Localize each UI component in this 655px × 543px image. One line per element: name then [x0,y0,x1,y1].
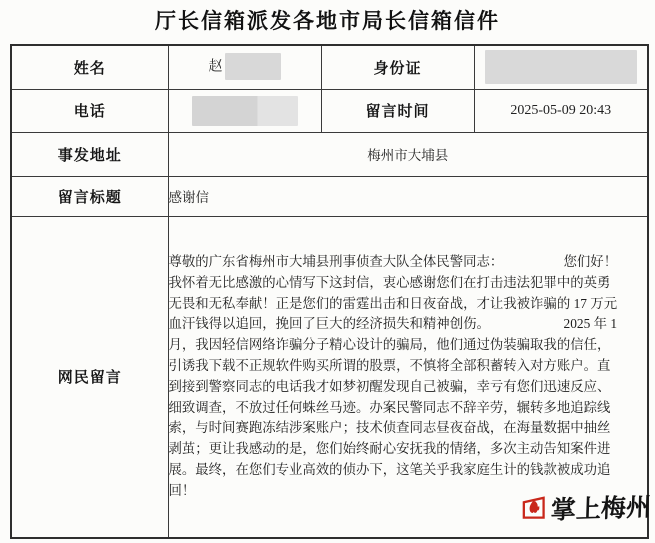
table-row: 事发地址 梅州市大埔县 [11,132,648,176]
page-title: 厅长信箱派发各地市局长信箱信件 [0,5,655,35]
netizen-message-label: 网民留言 [11,216,168,538]
message-line: 无畏和无私奉献！正是您们的雷霆出击和日夜奋战，才让我被诈骗的 17 万元 [169,294,648,315]
message-line: 血汗钱得以追回，挽回了巨大的经济损失和精神创伤。 2025 年 1 [169,314,648,335]
phone-label: 电话 [11,89,168,132]
redaction-block-phone [192,96,298,126]
redaction-block-name [225,53,281,80]
message-line: 细致调查，不放过任何蛛丝马迹。办案民警同志不辞辛劳，辗转多地追踪线 [169,398,648,419]
name-label: 姓名 [11,45,168,89]
message-line: 我怀着无比感激的心情写下这封信，衷心感谢您们在打击违法犯罪中的英勇 [169,273,648,294]
id-card-value-cell [474,45,648,89]
table-row: 网民留言 尊敬的广东省梅州市大埔县刑事侦查大队全体民警同志： 您们好！我怀着无比… [11,216,648,538]
redaction-block-id [485,50,637,84]
name-value-cell: 赵 [168,45,321,89]
message-lines-container: 尊敬的广东省梅州市大埔县刑事侦查大队全体民警同志： 您们好！我怀着无比感激的心情… [169,252,648,502]
message-subject-value: 感谢信 [168,176,648,216]
message-line: 到接到警察同志的电话我才如梦初醒发现自己被骗，幸亏有您们迅速反应、 [169,377,648,398]
name-value: 赵 [209,59,223,74]
message-line: 月，我因轻信网络诈骗分子精心设计的骗局，他们通过伪装骗取我的信任， [169,335,648,356]
message-line: 剥茧；更让我感动的是，您们始终耐心安抚我的情绪，多次主动告知案件进 [169,439,648,460]
table-row: 留言标题 感谢信 [11,176,648,216]
message-subject-label: 留言标题 [11,176,168,216]
message-line: 索，与时间赛跑冻结涉案账户；技术侦查同志昼夜奋战，在海量数据中抽丝 [169,418,648,439]
letter-form-table: 姓名 赵 身份证 电话 留言时间 2025-05-09 20:43 事发地址 梅… [10,44,649,539]
incident-address-value: 梅州市大埔县 [168,132,648,176]
incident-address-label: 事发地址 [11,132,168,176]
message-line: 展。最终，在您们专业高效的侦办下，这笔关乎我家庭生计的钱款被成功追 [169,460,648,481]
message-line: 引诱我下载不正规软件购买所谓的股票，不慎将全部积蓄转入对方账户。直 [169,356,648,377]
netizen-message-body: 尊敬的广东省梅州市大埔县刑事侦查大队全体民警同志： 您们好！我怀着无比感激的心情… [168,216,648,538]
phone-value-cell [168,89,321,132]
message-line: 回！ [169,481,648,502]
table-row: 电话 留言时间 2025-05-09 20:43 [11,89,648,132]
table-row: 姓名 赵 身份证 [11,45,648,89]
message-time-label: 留言时间 [321,89,474,132]
id-card-label: 身份证 [321,45,474,89]
message-line: 尊敬的广东省梅州市大埔县刑事侦查大队全体民警同志： 您们好！ [169,252,648,273]
message-time-value: 2025-05-09 20:43 [474,89,648,132]
